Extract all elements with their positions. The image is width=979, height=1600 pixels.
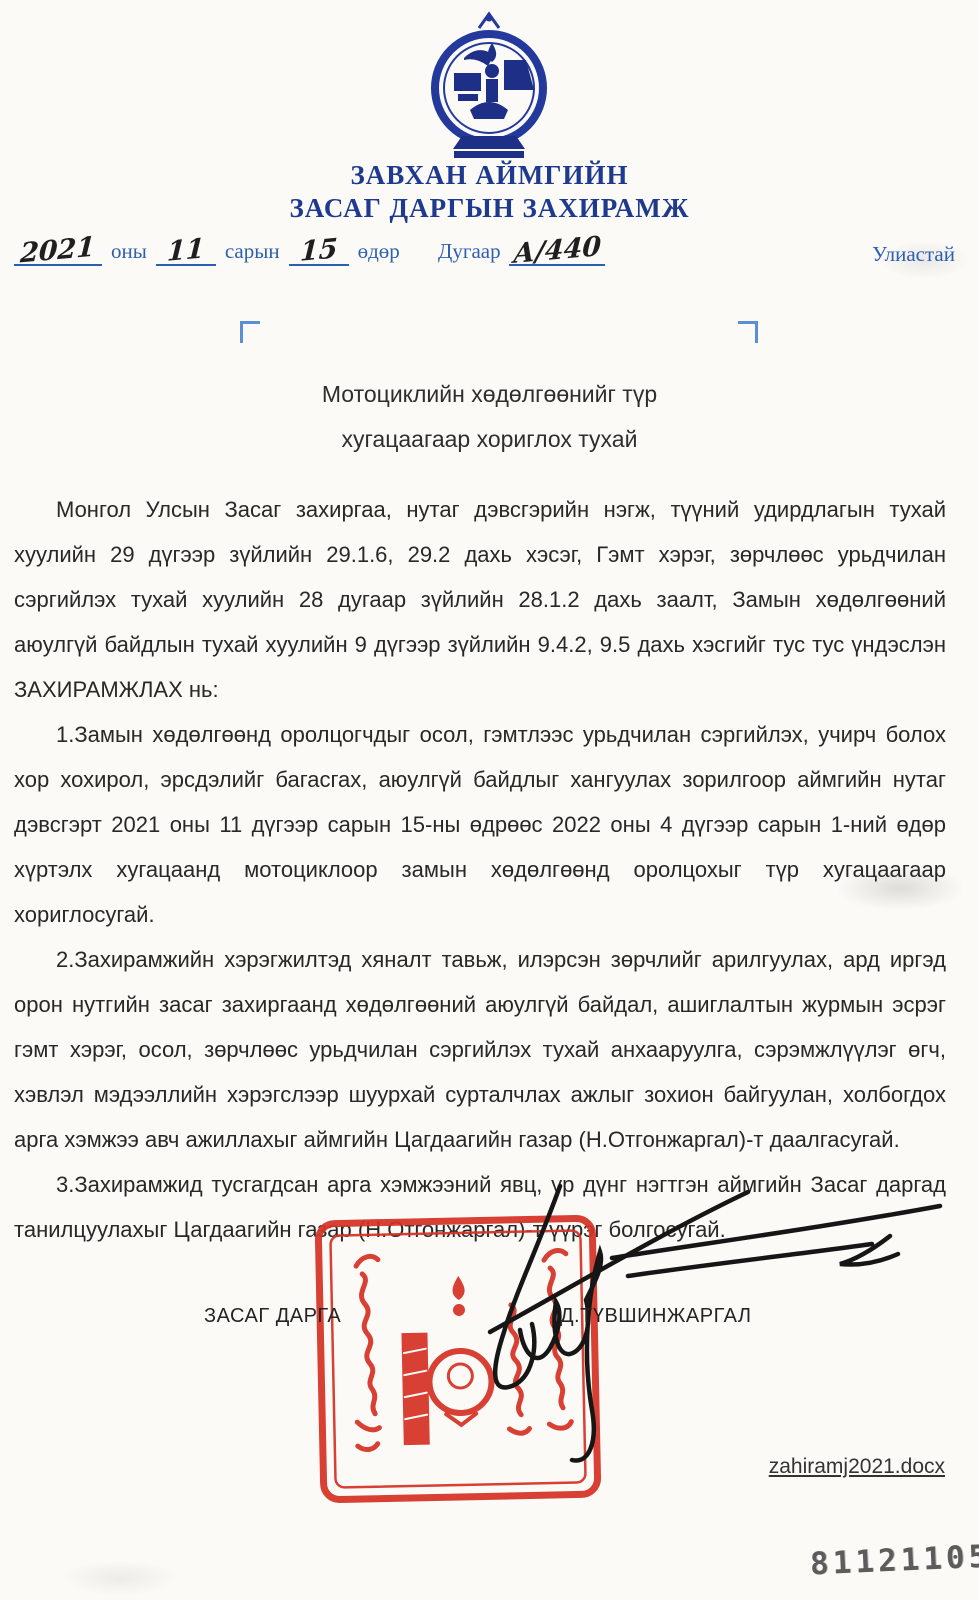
clause-2: 2.Захирамжийн хэрэгжилтэд хяналт тавьж, … bbox=[14, 937, 946, 1162]
date-fields: 2021 оны 11 сарын 15 өдөр bbox=[14, 238, 400, 266]
number-value: А/440 bbox=[512, 234, 601, 268]
city-name: Улиастай bbox=[872, 242, 955, 267]
signer-role: ЗАСАГ ДАРГА bbox=[204, 1305, 341, 1328]
registration-number-stamp: 811211053 bbox=[809, 1538, 979, 1583]
document-title-line2: хугацаагаар хориглох тухай bbox=[0, 417, 979, 462]
attachment-link[interactable]: zahiramj2021.docx bbox=[769, 1455, 945, 1479]
org-name-line2: ЗАСАГ ДАРГЫН ЗАХИРАМЖ bbox=[0, 193, 979, 224]
document-title-line1: Мотоциклийн хөдөлгөөнийг түр bbox=[0, 372, 979, 417]
year-value: 2021 bbox=[20, 235, 96, 268]
org-name-line1: ЗАВХАН АЙМГИЙН bbox=[0, 160, 979, 191]
signer-name: Д.ТҮВШИНЖАРГАЛ bbox=[560, 1305, 751, 1328]
day-label: өдөр bbox=[358, 239, 400, 266]
month-label: сарын bbox=[225, 239, 280, 266]
left-corner-bracket-icon bbox=[240, 321, 260, 343]
preamble-paragraph: Монгол Улсын Засаг захиргаа, нутаг дэвсг… bbox=[14, 487, 946, 712]
right-corner-bracket-icon bbox=[738, 321, 758, 343]
document-body: Монгол Улсын Засаг захиргаа, нутаг дэвсг… bbox=[14, 487, 946, 1252]
scan-smudge bbox=[60, 1560, 180, 1596]
document-title: Мотоциклийн хөдөлгөөнийг түр хугацаагаар… bbox=[0, 372, 979, 462]
scanned-document-page: ЗАВХАН АЙМГИЙН ЗАСАГ ДАРГЫН ЗАХИРАМЖ 202… bbox=[0, 0, 979, 1600]
month-value: 11 bbox=[166, 236, 205, 265]
month-field: 11 bbox=[156, 238, 216, 266]
red-seal-stamp-icon bbox=[311, 1211, 605, 1507]
document-number: Дугаар А/440 bbox=[438, 238, 605, 266]
dateline: 2021 оны 11 сарын 15 өдөр Дугаар А/440 У… bbox=[0, 238, 979, 278]
number-field: А/440 bbox=[509, 238, 605, 266]
year-field: 2021 bbox=[14, 238, 102, 266]
number-label: Дугаар bbox=[438, 239, 501, 266]
zavkhan-aimag-emblem-icon bbox=[428, 10, 550, 160]
day-field: 15 bbox=[289, 238, 349, 266]
clause-1: 1.Замын хөдөлгөөнд оролцогчдыг осол, гэм… bbox=[14, 712, 946, 937]
day-value: 15 bbox=[299, 236, 338, 265]
year-label: оны bbox=[111, 239, 147, 266]
